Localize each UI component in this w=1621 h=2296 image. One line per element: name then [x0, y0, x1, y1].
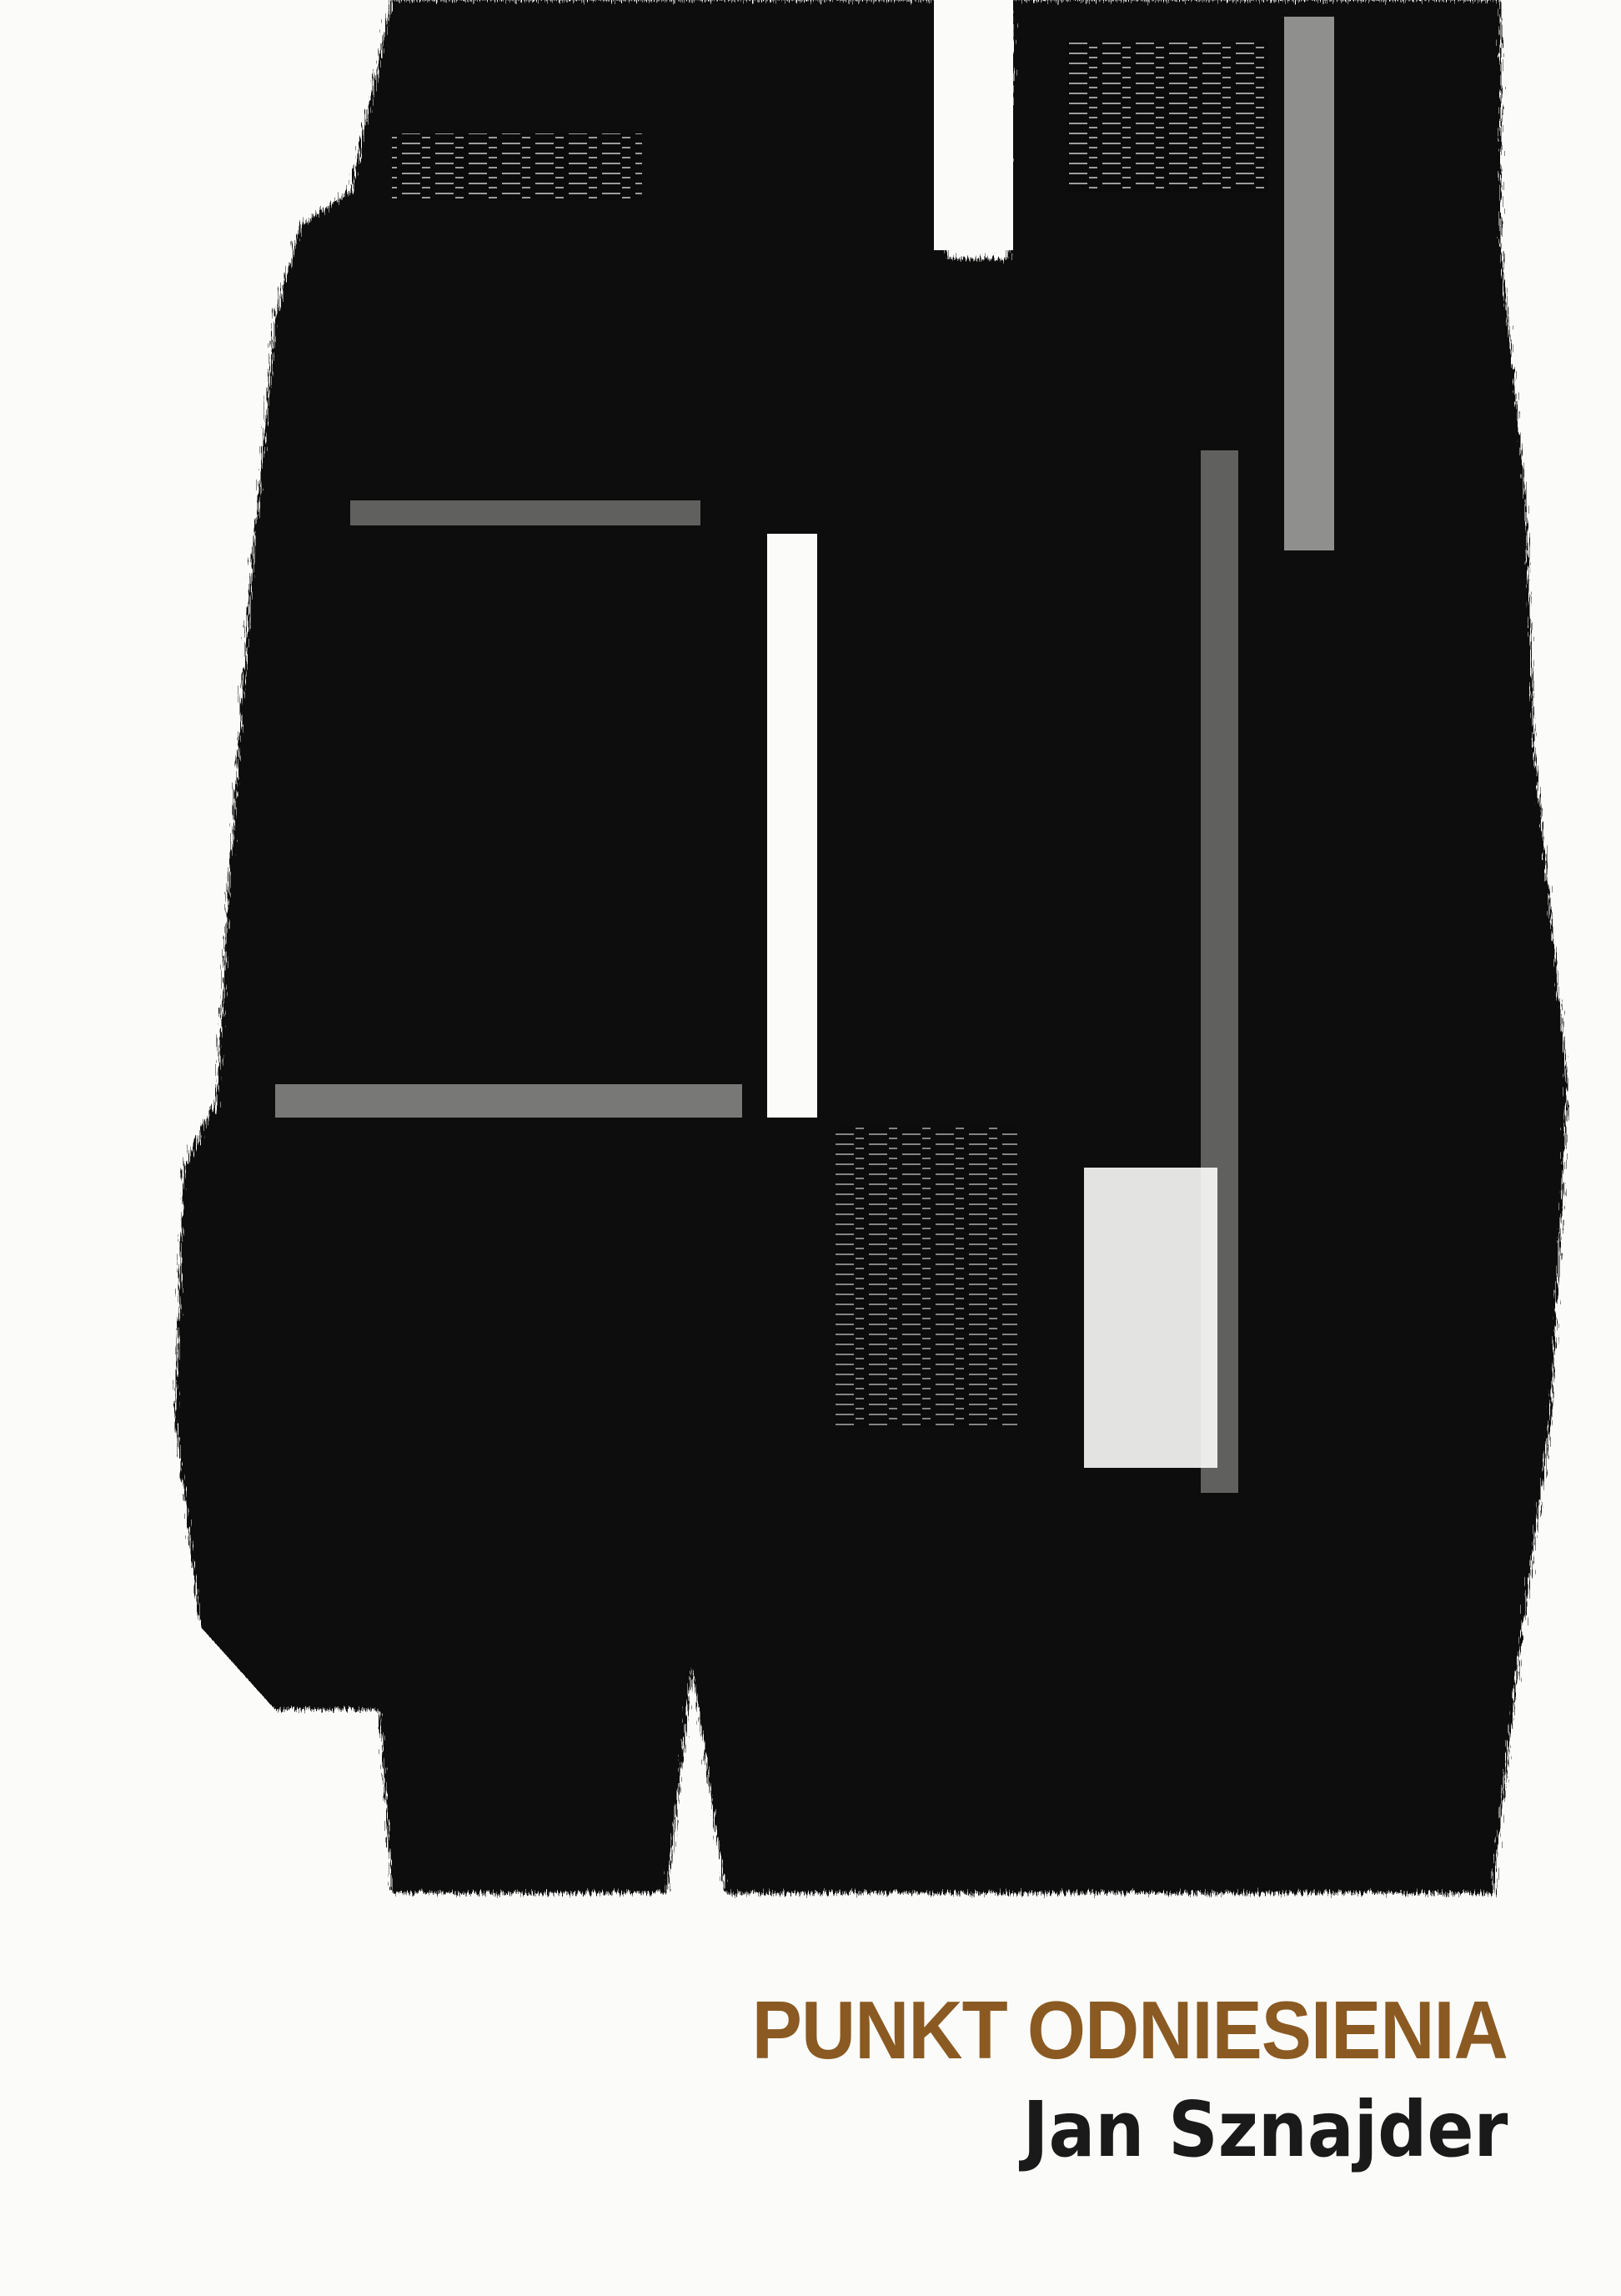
woodcut-shapes: [175, 0, 1568, 1893]
book-title: PUNKT ODNIESIENIA: [752, 1989, 1508, 2071]
cover-artwork: [0, 0, 1621, 1918]
book-author: Jan Sznajder: [1022, 2092, 1508, 2168]
